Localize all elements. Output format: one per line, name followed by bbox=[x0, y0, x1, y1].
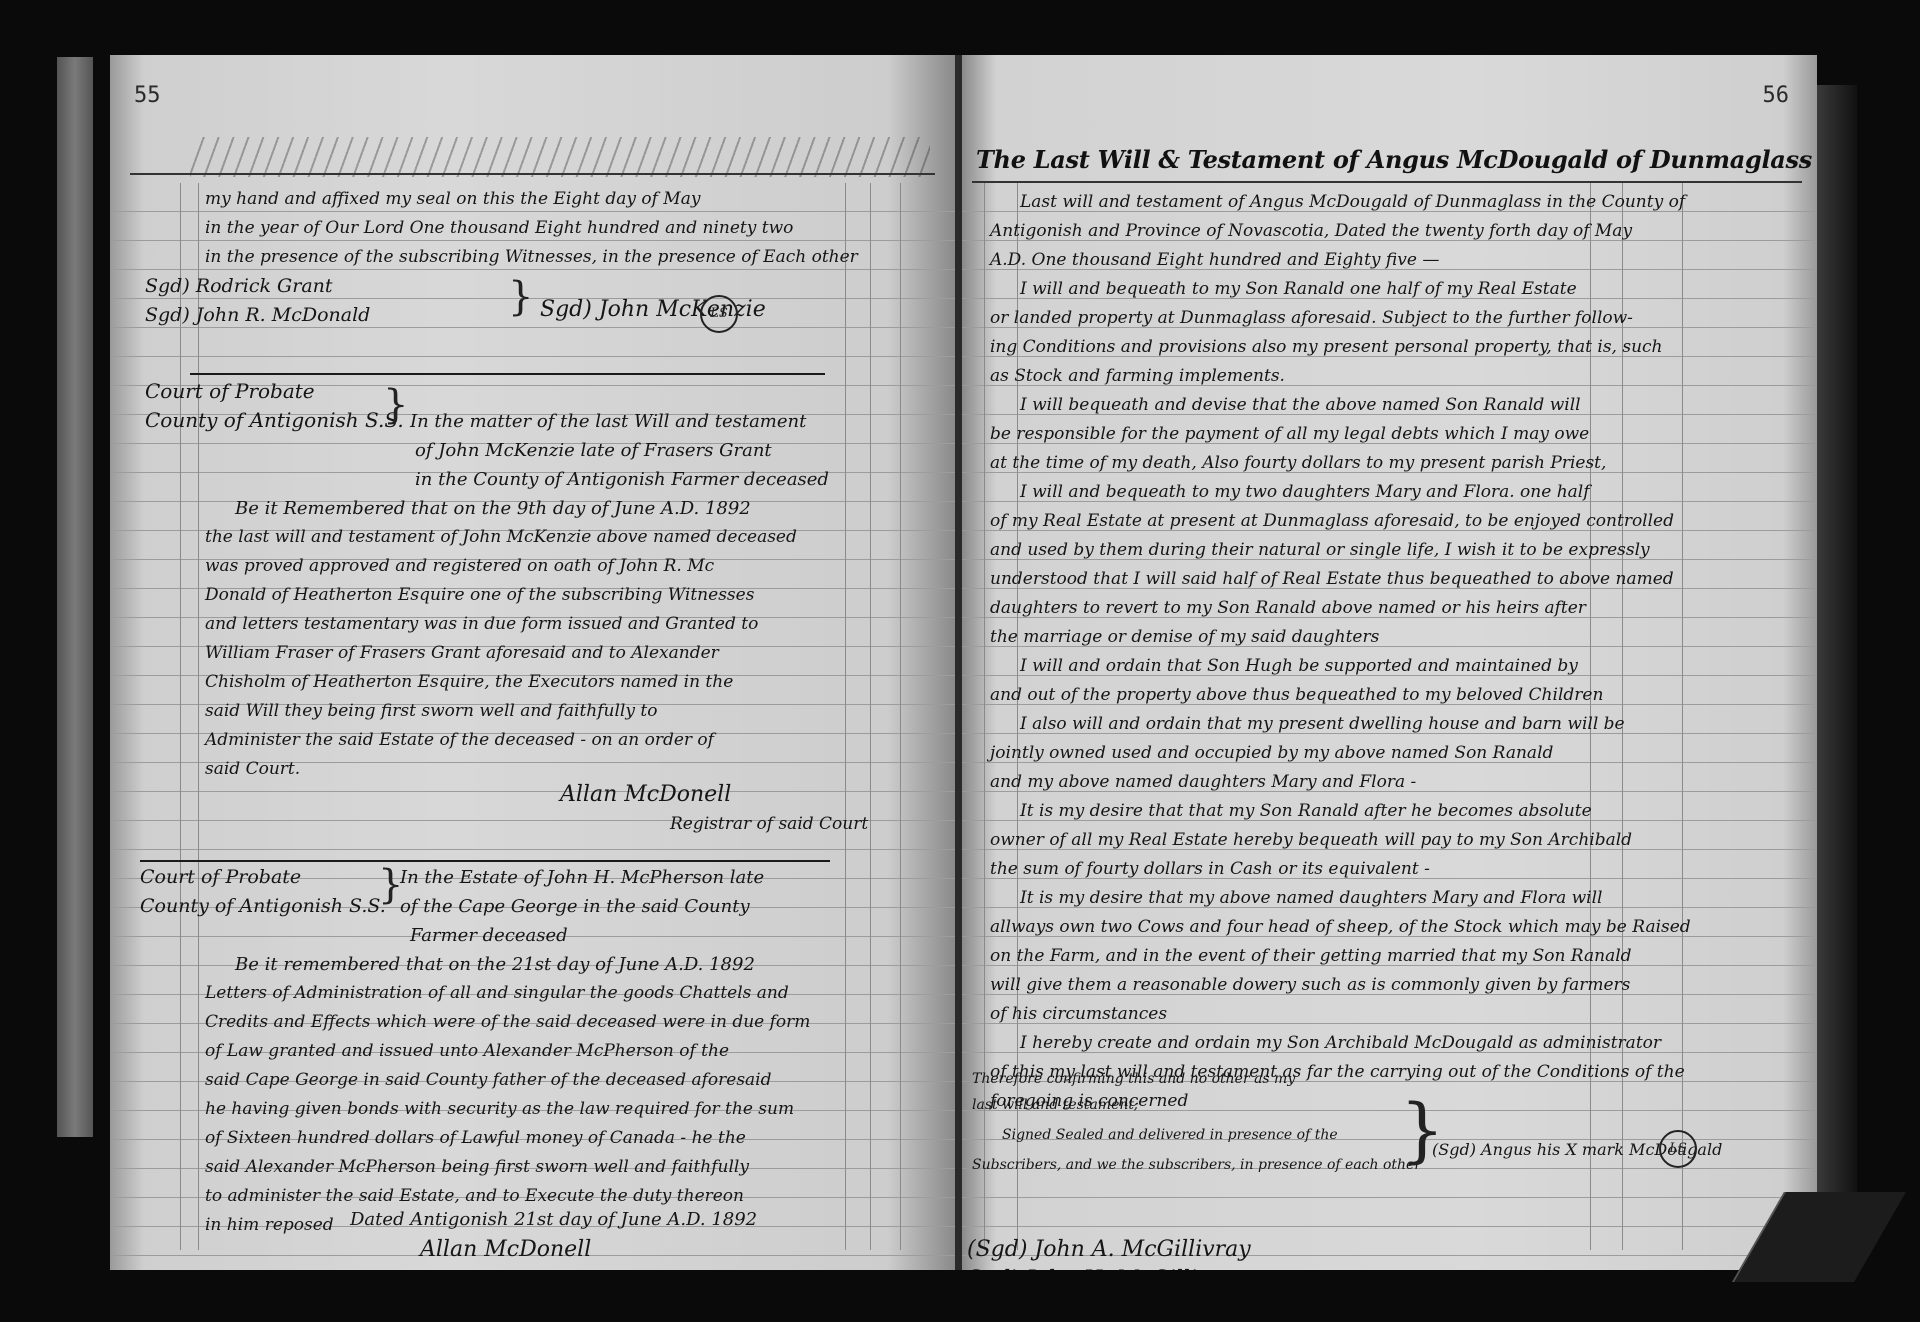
witness-2-signature: Sgd) John R. McDonald bbox=[145, 301, 370, 330]
text-line: owner of all my Real Estate hereby beque… bbox=[990, 826, 1691, 855]
page-number: 55 bbox=[134, 83, 161, 108]
text-line: on the Farm, and in the event of their g… bbox=[990, 942, 1691, 971]
text-line: the sum of fourty dollars in Cash or its… bbox=[990, 855, 1691, 884]
matter-line: Farmer deceased bbox=[400, 921, 764, 950]
column-line bbox=[870, 183, 871, 1250]
text-line: he having given bonds with security as t… bbox=[205, 1095, 810, 1124]
text-line: said Alexander McPherson being first swo… bbox=[205, 1153, 810, 1182]
bleed-through-writing bbox=[190, 137, 930, 177]
matter-heading: In the Estate of John H. McPherson late … bbox=[400, 863, 764, 950]
text-line: I will bequeath and devise that the abov… bbox=[990, 391, 1691, 420]
left-page: 55 my hand and affixed my seal on this t… bbox=[110, 55, 955, 1270]
text-line: of Sixteen hundred dollars of Lawful mon… bbox=[205, 1124, 810, 1153]
text-line: the last will and testament of John McKe… bbox=[205, 523, 797, 552]
text-line: Be it Remembered that on the 9th day of … bbox=[205, 494, 797, 523]
text-line: of my Real Estate at present at Dunmagla… bbox=[990, 507, 1691, 536]
matter-line: of the Cape George in the said County bbox=[400, 892, 764, 921]
text-line: will give them a reasonable dowery such … bbox=[990, 971, 1691, 1000]
registrar-signature: Allan McDonell bbox=[420, 1235, 591, 1264]
text-line: understood that I will said half of Real… bbox=[990, 565, 1691, 594]
header-rule bbox=[130, 173, 935, 175]
text-line: jointly owned used and occupied by my ab… bbox=[990, 739, 1691, 768]
registrar-title: Registrar of Probate bbox=[530, 1265, 717, 1270]
text-line: Subscribers, and we the subscribers, in … bbox=[972, 1151, 1421, 1180]
text-line: I hereby create and ordain my Son Archib… bbox=[990, 1029, 1691, 1058]
text-line: said Cape George in said County father o… bbox=[205, 1066, 810, 1095]
will-title-text: The Last Will & Testament of Angus McDou… bbox=[976, 145, 1817, 174]
dated-line: Dated Antigonish 21st day of June A.D. 1… bbox=[350, 1205, 757, 1234]
binder-clip bbox=[57, 57, 93, 1137]
court-heading: Court of Probate County of Antigonish S.… bbox=[140, 863, 386, 921]
text-line: Chisholm of Heatherton Esquire, the Exec… bbox=[205, 668, 797, 697]
text-line: It is my desire that my above named daug… bbox=[990, 884, 1691, 913]
witness-1-signature: Sgd) Rodrick Grant bbox=[145, 272, 370, 301]
county-heading-line: County of Antigonish S.S. bbox=[140, 892, 386, 921]
text-line: and out of the property above thus beque… bbox=[990, 681, 1691, 710]
text-line: ing Conditions and provisions also my pr… bbox=[990, 333, 1691, 362]
text-line: allways own two Cows and four head of sh… bbox=[990, 913, 1691, 942]
text-line: Credits and Effects which were of the sa… bbox=[205, 1008, 810, 1037]
text-line: I also will and ordain that my present d… bbox=[990, 710, 1691, 739]
probate-entry-body: Be it Remembered that on the 9th day of … bbox=[205, 494, 797, 784]
court-heading: Court of Probate County of Antigonish S.… bbox=[145, 377, 404, 435]
page-number: 56 bbox=[1763, 83, 1790, 108]
continued-entry: my hand and affixed my seal on this the … bbox=[205, 185, 858, 272]
text-line: daughters to revert to my Son Ranald abo… bbox=[990, 594, 1691, 623]
text-line: as Stock and farming implements. bbox=[990, 362, 1691, 391]
witness-2-signature: Sgd) John H. McGillivray bbox=[967, 1265, 1245, 1270]
column-line bbox=[900, 183, 901, 1250]
matter-line: In the Estate of John H. McPherson late bbox=[400, 863, 764, 892]
brace-icon: } bbox=[508, 277, 533, 317]
text-line: of his circumstances bbox=[990, 1000, 1691, 1029]
text-line: my hand and affixed my seal on this the … bbox=[205, 185, 858, 214]
text-line: I will and ordain that Son Hugh be suppo… bbox=[990, 652, 1691, 681]
ledger-book-spread: 55 my hand and affixed my seal on this t… bbox=[110, 55, 1850, 1285]
text-line: said Will they being first sworn well an… bbox=[205, 697, 797, 726]
margin-line bbox=[198, 183, 199, 1250]
court-heading-line: Court of Probate bbox=[145, 377, 404, 406]
text-line: of Law granted and issued unto Alexander… bbox=[205, 1037, 810, 1066]
will-body: Last will and testament of Angus McDouga… bbox=[990, 188, 1691, 1116]
witness-signatures: Sgd) Rodrick Grant Sgd) John R. McDonald bbox=[145, 272, 370, 330]
title-underline bbox=[972, 181, 1802, 183]
matter-line: In the matter of the last Will and testa… bbox=[410, 407, 829, 436]
seal-icon: LS bbox=[700, 295, 738, 333]
brace-icon: } bbox=[383, 385, 408, 425]
text-line: and used by them during their natural or… bbox=[990, 536, 1691, 565]
probate-entry-body: Be it remembered that on the 21st day of… bbox=[205, 950, 810, 1240]
book-edge bbox=[1817, 85, 1857, 1275]
attestation-clause: Therefore confirming this and no other a… bbox=[972, 1065, 1421, 1180]
text-line: Be it remembered that on the 21st day of… bbox=[205, 950, 810, 979]
column-line bbox=[845, 183, 846, 1250]
text-line: Letters of Administration of all and sin… bbox=[205, 979, 810, 1008]
text-line: I will and bequeath to my two daughters … bbox=[990, 478, 1691, 507]
text-line: Last will and testament of Angus McDouga… bbox=[990, 188, 1691, 217]
margin-line bbox=[180, 183, 181, 1250]
text-line: the marriage or demise of my said daught… bbox=[990, 623, 1691, 652]
text-line: at the time of my death, Also fourty dol… bbox=[990, 449, 1691, 478]
county-heading-line: County of Antigonish S.S. bbox=[145, 406, 404, 435]
registrar-signature: Allan McDonell bbox=[560, 780, 731, 809]
text-line: Signed Sealed and delivered in presence … bbox=[972, 1121, 1421, 1151]
text-line: be responsible for the payment of all my… bbox=[990, 420, 1691, 449]
text-line: or landed property at Dunmaglass aforesa… bbox=[990, 304, 1691, 333]
text-line: William Fraser of Frasers Grant aforesai… bbox=[205, 639, 797, 668]
book-gutter bbox=[955, 55, 962, 1270]
registrar-title: Registrar of said Court bbox=[670, 810, 868, 839]
seal-icon: LS bbox=[1659, 1130, 1697, 1168]
text-line: Antigonish and Province of Novascotia, D… bbox=[990, 217, 1691, 246]
text-line: Donald of Heatherton Esquire one of the … bbox=[205, 581, 797, 610]
court-heading-line: Court of Probate bbox=[140, 863, 386, 892]
text-line: in the year of Our Lord One thousand Eig… bbox=[205, 214, 858, 243]
text-line: It is my desire that that my Son Ranald … bbox=[990, 797, 1691, 826]
text-line: Therefore confirming this and no other a… bbox=[972, 1065, 1421, 1091]
matter-line: of John McKenzie late of Frasers Grant bbox=[410, 436, 829, 465]
right-page: 56 The Last Will & Testament of Angus Mc… bbox=[962, 55, 1817, 1270]
matter-line: in the County of Antigonish Farmer decea… bbox=[410, 465, 829, 494]
entry-separator bbox=[190, 373, 825, 375]
text-line: and letters testamentary was in due form… bbox=[205, 610, 797, 639]
text-line: I will and bequeath to my Son Ranald one… bbox=[990, 275, 1691, 304]
text-line: was proved approved and registered on oa… bbox=[205, 552, 797, 581]
text-line: Administer the said Estate of the deceas… bbox=[205, 726, 797, 755]
text-line: A.D. One thousand Eight hundred and Eigh… bbox=[990, 246, 1691, 275]
text-line: in the presence of the subscribing Witne… bbox=[205, 243, 858, 272]
will-title: The Last Will & Testament of Angus McDou… bbox=[976, 145, 1817, 174]
text-line: last will and testament; bbox=[972, 1091, 1421, 1121]
entry-separator bbox=[140, 860, 830, 862]
witness-1-signature: (Sgd) John A. McGillivray bbox=[967, 1235, 1251, 1264]
text-line: and my above named daughters Mary and Fl… bbox=[990, 768, 1691, 797]
matter-heading: In the matter of the last Will and testa… bbox=[410, 407, 829, 494]
